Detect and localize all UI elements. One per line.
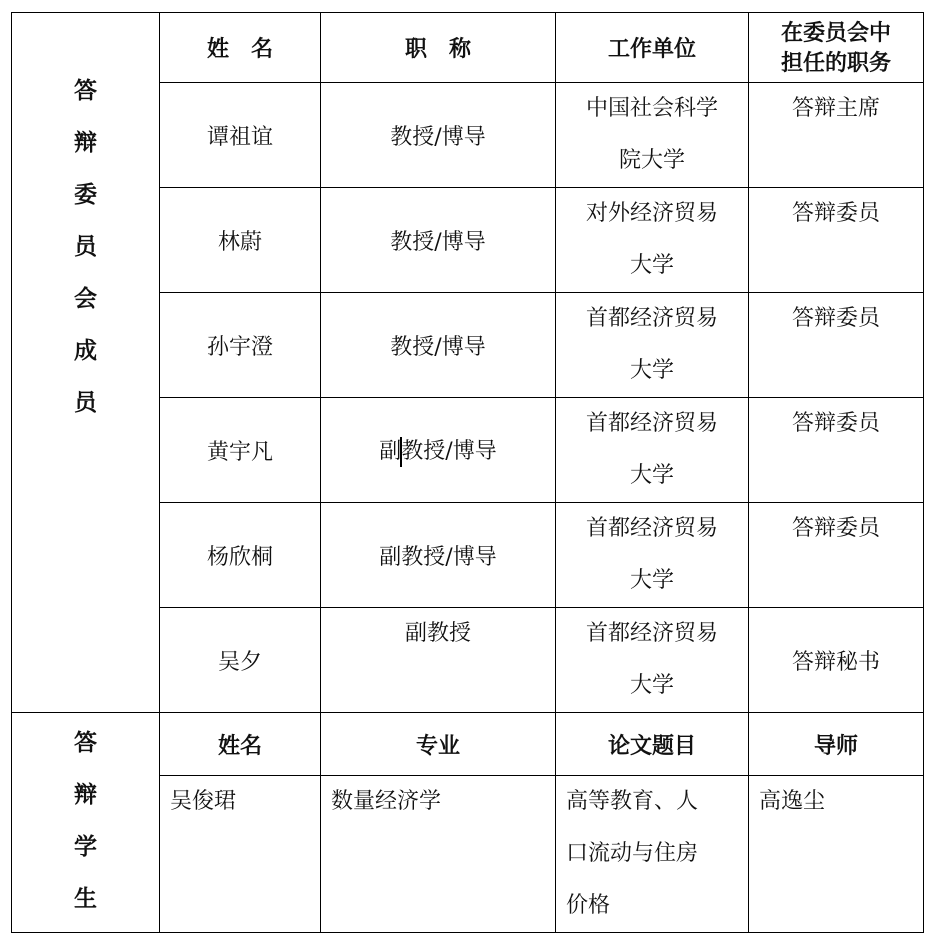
member-role: 答辩委员	[749, 188, 924, 293]
member-role: 答辩委员	[749, 503, 924, 608]
member-title[interactable]: 副教授/博导	[321, 398, 556, 503]
member-name: 黄宇凡	[160, 398, 321, 503]
member-unit: 首都经济贸易大学	[556, 503, 749, 608]
student-header-thesis: 论文题目	[556, 713, 749, 776]
student-major: 数量经济学	[321, 776, 556, 933]
header-name: 姓 名	[160, 13, 321, 83]
member-title: 副教授/博导	[321, 503, 556, 608]
header-title: 职 称	[321, 13, 556, 83]
member-unit: 首都经济贸易大学	[556, 293, 749, 398]
student-advisor: 高逸尘	[749, 776, 924, 933]
member-unit: 首都经济贸易大学	[556, 608, 749, 713]
member-role: 答辩委员	[749, 293, 924, 398]
student-thesis: 高等教育、人口流动与住房价格	[556, 776, 749, 933]
member-role: 答辩委员	[749, 398, 924, 503]
student-name: 吴俊珺	[160, 776, 321, 933]
member-title: 教授/博导	[321, 83, 556, 188]
member-unit: 对外经济贸易大学	[556, 188, 749, 293]
member-title: 教授/博导	[321, 188, 556, 293]
student-header-advisor: 导师	[749, 713, 924, 776]
header-unit: 工作单位	[556, 13, 749, 83]
student-header-name: 姓名	[160, 713, 321, 776]
defense-committee-table: 答 辩 委 员 会 成 员 姓 名 职 称 工作单位 在委员会中 担任的职务 谭…	[11, 12, 924, 933]
header-role: 在委员会中 担任的职务	[749, 13, 924, 83]
student-section-label: 答 辩 学 生	[12, 713, 160, 933]
student-header-major: 专业	[321, 713, 556, 776]
member-name: 谭祖谊	[160, 83, 321, 188]
member-role: 答辩主席	[749, 83, 924, 188]
member-title: 副教授	[321, 608, 556, 713]
member-title: 教授/博导	[321, 293, 556, 398]
member-name: 孙宇澄	[160, 293, 321, 398]
member-name: 林蔚	[160, 188, 321, 293]
member-name: 吴夕	[160, 608, 321, 713]
committee-section-label: 答 辩 委 员 会 成 员	[12, 13, 160, 713]
member-name: 杨欣桐	[160, 503, 321, 608]
member-role: 答辩秘书	[749, 608, 924, 713]
member-unit: 首都经济贸易大学	[556, 398, 749, 503]
member-unit: 中国社会科学院大学	[556, 83, 749, 188]
